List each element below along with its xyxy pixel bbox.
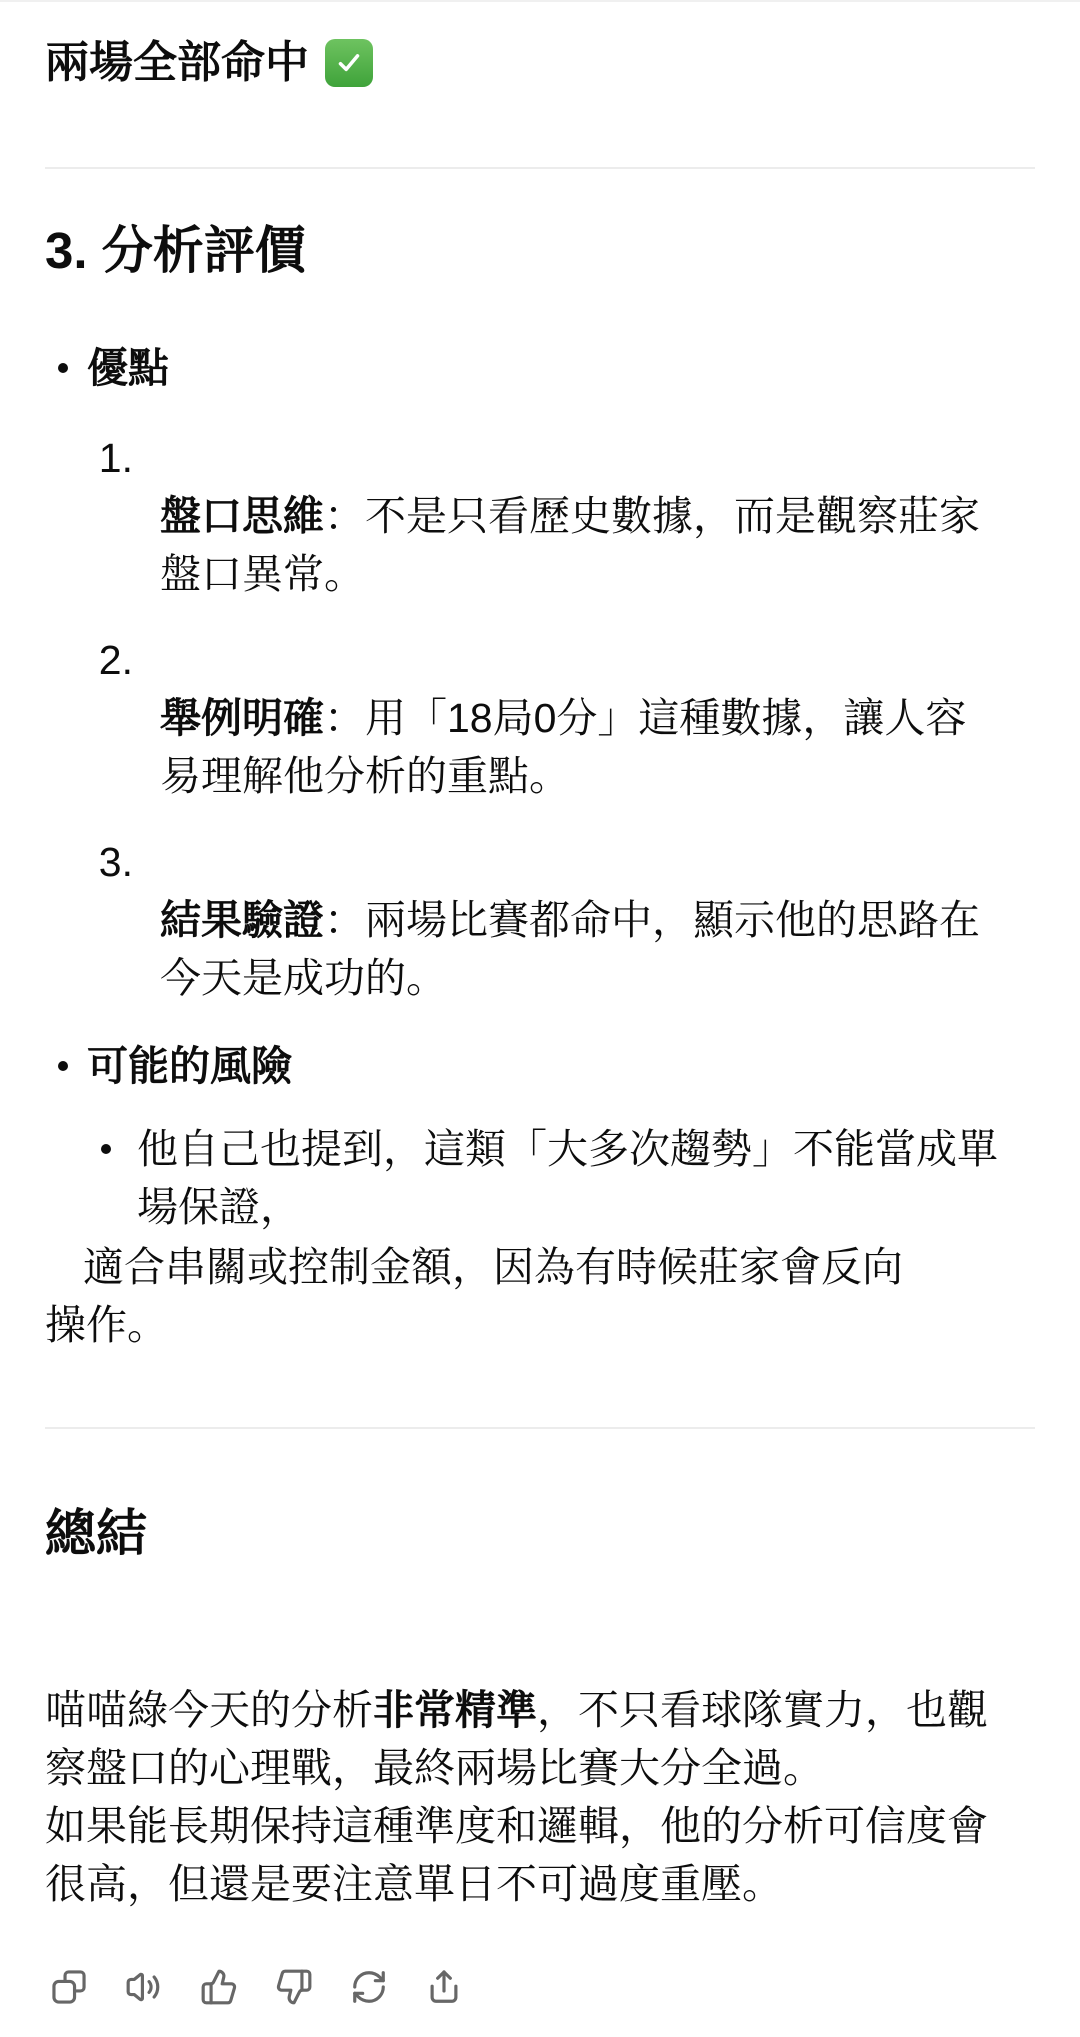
section-divider bbox=[45, 1427, 1035, 1429]
item-label: 舉例明確 bbox=[160, 695, 324, 741]
share-button[interactable] bbox=[422, 1965, 466, 2009]
read-aloud-button[interactable] bbox=[122, 1965, 166, 2009]
item-number: 3. bbox=[45, 833, 133, 1007]
item-label: 盤口思維 bbox=[160, 493, 324, 539]
thumbs-up-button[interactable] bbox=[197, 1965, 241, 2009]
list-item: 3. 結果驗證：兩場比賽都命中，顯示他的思路在 今天是成功的。 bbox=[45, 833, 1035, 1007]
thumbs-down-icon bbox=[275, 1968, 313, 2006]
regenerate-icon bbox=[350, 1968, 388, 2006]
result-line: 兩場全部命中 bbox=[45, 33, 1035, 93]
bullet-dot bbox=[101, 1144, 111, 1154]
message-actions-toolbar bbox=[47, 1965, 1035, 2009]
item-content: 結果驗證：兩場比賽都命中，顯示他的思路在 今天是成功的。 bbox=[160, 833, 980, 1007]
summary-lead: 喵喵綠今天的分析 bbox=[45, 1687, 373, 1733]
item-label: 結果驗證 bbox=[160, 897, 324, 943]
item-content: 盤口思維：不是只看歷史數據，而是觀察莊家 盤口異常。 bbox=[160, 429, 980, 603]
analysis-heading: 3. 分析評價 bbox=[45, 219, 1035, 283]
thumbs-down-button[interactable] bbox=[272, 1965, 316, 2009]
risk-text: 他自己也提到，這類「大多次趨勢」不能當成單 場保證， bbox=[137, 1120, 998, 1236]
assistant-message: 兩場全部命中 3. 分析評價 優點 1. 盤口思維：不是只看歷史數據，而是觀察莊… bbox=[0, 0, 1080, 2037]
thumbs-up-icon bbox=[200, 1968, 238, 2006]
item-number: 2. bbox=[45, 631, 133, 805]
bullet-dot bbox=[58, 363, 68, 373]
check-icon bbox=[332, 46, 366, 80]
risks-header: 可能的風險 bbox=[45, 1037, 1035, 1095]
section-divider bbox=[45, 167, 1035, 169]
share-icon bbox=[425, 1968, 463, 2006]
pros-header: 優點 bbox=[45, 339, 1035, 397]
regenerate-button[interactable] bbox=[347, 1965, 391, 2009]
summary-emphasis: 非常精準 bbox=[373, 1687, 537, 1733]
item-number: 1. bbox=[45, 429, 133, 603]
bullet-dot bbox=[58, 1061, 68, 1071]
list-item: 2. 舉例明確：用「18局0分」這種數據，讓人容 易理解他分析的重點。 bbox=[45, 631, 1035, 805]
pros-list: 1. 盤口思維：不是只看歷史數據，而是觀察莊家 盤口異常。 2. 舉例明確：用「… bbox=[45, 429, 1035, 1007]
item-content: 舉例明確：用「18局0分」這種數據，讓人容 易理解他分析的重點。 bbox=[160, 631, 966, 805]
white-check-mark-emoji bbox=[325, 39, 373, 87]
risk-followup-text: 適合串關或控制金額，因為有時候莊家會反向 操作。 bbox=[45, 1238, 1035, 1354]
copy-button[interactable] bbox=[47, 1965, 91, 2009]
summary-paragraph: 喵喵綠今天的分析非常精準，不只看球隊實力，也觀 察盤口的心理戰，最終兩場比賽大分… bbox=[45, 1623, 1035, 1913]
list-item: 1. 盤口思維：不是只看歷史數據，而是觀察莊家 盤口異常。 bbox=[45, 429, 1035, 603]
copy-icon bbox=[50, 1968, 88, 2006]
pros-label: 優點 bbox=[87, 339, 169, 397]
summary-heading: 總結 bbox=[45, 1501, 1035, 1567]
result-text: 兩場全部命中 bbox=[45, 33, 309, 93]
risk-item: 他自己也提到，這類「大多次趨勢」不能當成單 場保證， bbox=[45, 1120, 1035, 1236]
speaker-icon bbox=[125, 1968, 163, 2006]
risks-label: 可能的風險 bbox=[87, 1037, 292, 1095]
